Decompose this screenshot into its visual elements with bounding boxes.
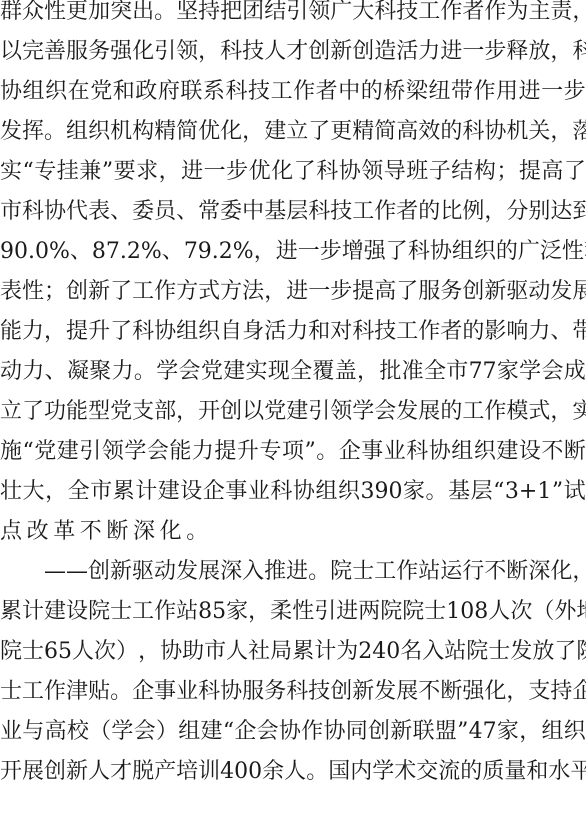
text-line: 实“专挂兼”要求，进一步优化了科协领导班子结构；提高了	[0, 157, 586, 187]
text-line: 市科协代表、委员、常委中基层科技工作者的比例，分别达到	[0, 197, 586, 227]
paragraph-end-line: 点改革不断深化。	[0, 517, 586, 547]
text-line: 动力、凝聚力。学会党建实现全覆盖，批准全市77家学会成	[0, 357, 586, 387]
text-line: 立了功能型党支部，开创以党建引领学会发展的工作模式，实	[0, 397, 586, 427]
text-line: 院士65人次），协助市人社局累计为240名入站院士发放了院	[0, 637, 586, 667]
text-line: 壮大，全市累计建设企事业科协组织390家。基层“3+1”试	[0, 477, 586, 507]
text-line: 协组织在党和政府联系科技工作者中的桥梁纽带作用进一步	[0, 77, 586, 107]
text-line: 能力，提升了科协组织自身活力和对科技工作者的影响力、带	[0, 317, 586, 347]
text-line: 累计建设院士工作站85家，柔性引进两院院士108人次（外地	[0, 597, 586, 627]
text-line: 施“党建引领学会能力提升专项”。企事业科协组织建设不断	[0, 437, 586, 467]
text-line: 业与高校（学会）组建“企会协作协同创新联盟”47家，组织	[0, 717, 586, 747]
text-line: 90.0%、87.2%、79.2%，进一步增强了科协组织的广泛性和代	[0, 237, 586, 267]
text-line: 开展创新人才脱产培训400余人。国内学术交流的质量和水平	[0, 757, 586, 787]
text-line: 表性；创新了工作方式方法，进一步提高了服务创新驱动发展	[0, 277, 586, 307]
text-line: 士工作津贴。企事业科协服务科技创新发展不断强化，支持企	[0, 677, 586, 707]
text-line: 以完善服务强化引领，科技人才创新创造活力进一步释放，科	[0, 37, 586, 67]
text-line: 群众性更加突出。坚持把团结引领广大科技工作者作为主责，	[0, 0, 586, 27]
section-heading-line: ——创新驱动发展深入推进。院士工作站运行不断深化，	[0, 557, 586, 587]
text-line: 发挥。组织机构精简优化，建立了更精简高效的科协机关，落	[0, 117, 586, 147]
